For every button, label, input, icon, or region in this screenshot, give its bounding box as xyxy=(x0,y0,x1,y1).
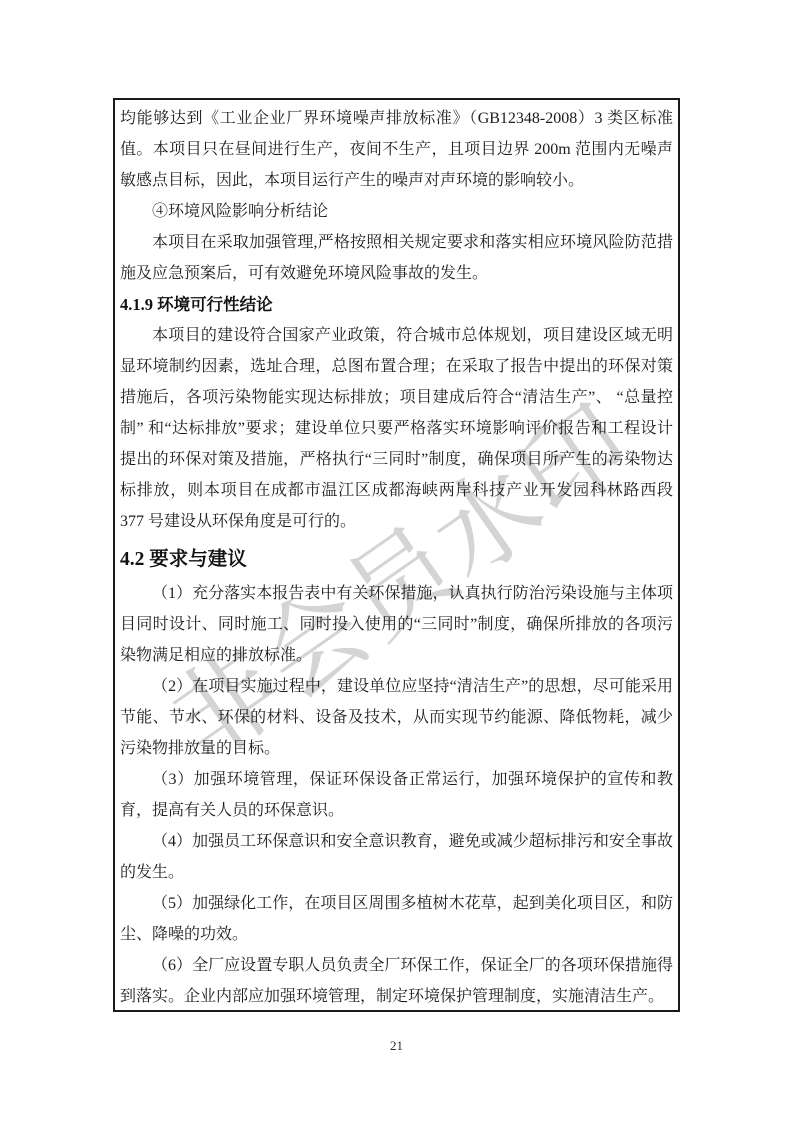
paragraph-suggestion-6: （6）全厂应设置专职人员负责全厂环保工作，保证全厂的各项环保措施得到落实。企业内… xyxy=(120,950,673,1012)
document-page: 非会员水印 均能够达到《工业企业厂界环境噪声排放标准》（GB12348-2008… xyxy=(0,0,793,1122)
paragraph-noise-conclusion: 均能够达到《工业企业厂界环境噪声排放标准》（GB12348-2008）3 类区标… xyxy=(120,103,673,196)
paragraph-suggestion-3: （3）加强环境管理，保证环保设备正常运行，加强环境保护的宣传和教育，提高有关人员… xyxy=(120,764,673,826)
paragraph-suggestion-1: （1）充分落实本报告表中有关环保措施，认真执行防治污染设施与主体项目同时设计、同… xyxy=(120,578,673,671)
document-border-box: 均能够达到《工业企业厂界环境噪声排放标准》（GB12348-2008）3 类区标… xyxy=(113,98,680,1012)
heading-4-2: 4.2 要求与建议 xyxy=(120,543,673,576)
paragraph-risk-heading-line: ④环境风险影响分析结论 xyxy=(120,196,673,227)
paragraph-suggestion-4: （4）加强员工环保意识和安全意识教育，避免或减少超标排污和安全事故的发生。 xyxy=(120,826,673,888)
page-number: 21 xyxy=(0,1038,793,1054)
paragraph-suggestion-5: （5）加强绿化工作，在项目区周围多植树木花草，起到美化项目区，和防尘、降噪的功效… xyxy=(120,888,673,950)
paragraph-suggestion-2: （2）在项目实施过程中，建设单位应坚持“清洁生产”的思想，尽可能采用节能、节水、… xyxy=(120,671,673,764)
paragraph-feasibility-conclusion: 本项目的建设符合国家产业政策，符合城市总体规划，项目建设区域无明显环境制约因素，… xyxy=(120,320,673,537)
paragraph-risk-conclusion: 本项目在采取加强管理,严格按照相关规定要求和落实相应环境风险防范措施及应急预案后… xyxy=(120,227,673,289)
heading-4-1-9: 4.1.9 环境可行性结论 xyxy=(120,289,673,320)
